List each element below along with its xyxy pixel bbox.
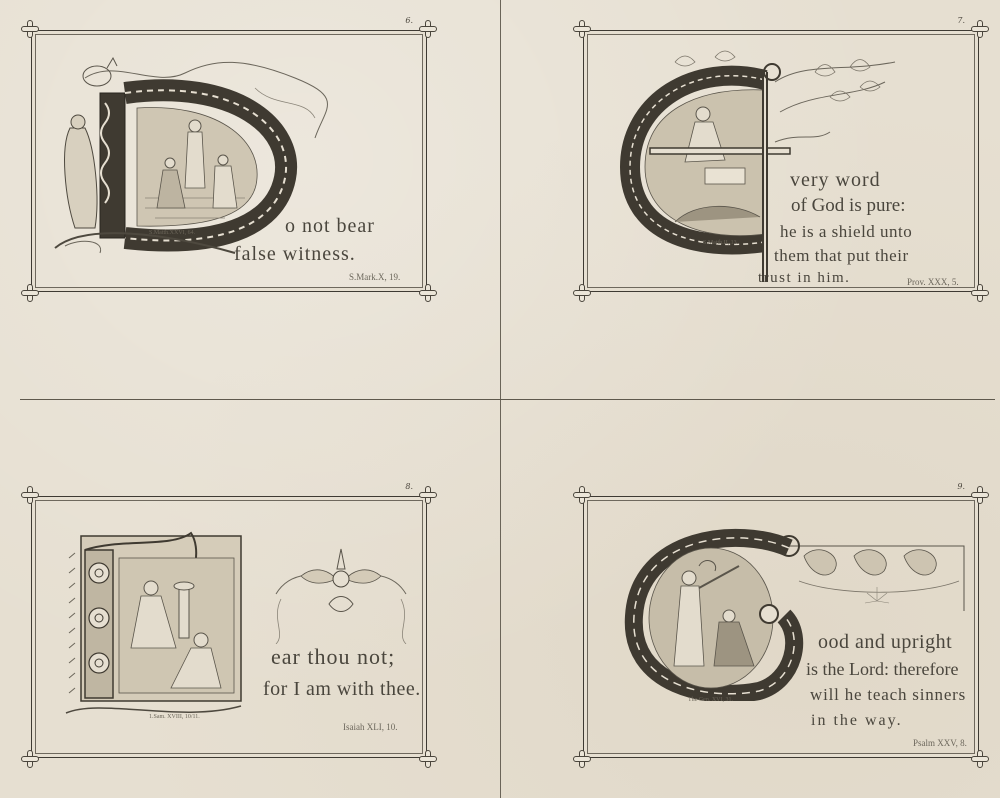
verse-line: ood and upright <box>818 632 952 652</box>
verse-text: is the Lord: therefore <box>806 660 958 678</box>
corner-cross-icon <box>573 20 591 38</box>
corner-cross-icon <box>971 750 989 768</box>
plate-number: 9. <box>957 482 965 491</box>
verse-text: for I am with thee. <box>263 679 421 699</box>
verse-card-8: 8. <box>31 496 427 758</box>
corner-cross-icon <box>971 284 989 302</box>
corner-cross-icon <box>573 284 591 302</box>
scripture-reference: Isaiah XLI, 10. <box>343 722 397 732</box>
corner-cross-icon <box>419 750 437 768</box>
verse-line: trust in him. <box>758 271 850 286</box>
corner-cross-icon <box>971 486 989 504</box>
corner-cross-icon <box>21 750 39 768</box>
plate-number: 7. <box>957 16 965 25</box>
verse-text: trust in him. <box>758 271 850 286</box>
verse-line: them that put their <box>774 247 909 264</box>
corner-cross-icon <box>573 750 591 768</box>
illustration-caption: The Gen. XVI, 31. <box>688 697 733 703</box>
illuminated-f-icon <box>61 528 251 728</box>
scripture-reference: Prov. XXX, 5. <box>907 277 959 287</box>
scripture-reference: Psalm XXV, 8. <box>913 738 967 748</box>
verse-line: of God is pure: <box>791 196 906 215</box>
verse-text: ear thou not; <box>271 646 395 668</box>
cherub-ornament <box>271 534 411 644</box>
verse-line: in the way. <box>811 713 903 729</box>
verse-line: o not bear <box>285 216 375 236</box>
verse-text: he is a shield unto <box>780 223 912 240</box>
horizontal-cut-line <box>20 399 995 400</box>
corner-cross-icon <box>21 284 39 302</box>
verse-text: very word <box>790 170 881 190</box>
illustration-caption: S.Matth.II, 13. <box>703 240 738 246</box>
verse-card-9: 9. <box>583 496 979 758</box>
verse-text: o not bear <box>253 216 375 236</box>
verse-line: ear thou not; <box>271 646 395 668</box>
illustration-caption: 1.Sam. XVIII, 10/11. <box>149 714 200 720</box>
plate-number: 6. <box>405 16 413 25</box>
verse-card-7: 7. <box>583 30 979 292</box>
corner-cross-icon <box>971 20 989 38</box>
verse-card-6: 6. <box>31 30 427 292</box>
verse-line: false witness. <box>234 244 356 264</box>
illustration-caption: S.Matth.XXVI, 64. <box>149 230 195 236</box>
verse-text: will he teach sinners <box>810 686 966 703</box>
scripture-reference: S.Mark.X, 19. <box>349 272 400 282</box>
verse-line: he is a shield unto <box>780 223 912 240</box>
plate-number: 8. <box>405 482 413 491</box>
verse-line: for I am with thee. <box>263 679 421 699</box>
corner-cross-icon <box>419 486 437 504</box>
verse-line: is the Lord: therefore <box>806 660 958 678</box>
corner-cross-icon <box>21 486 39 504</box>
verse-text: ood and upright <box>818 632 952 652</box>
illuminated-initial-f <box>61 528 251 728</box>
verse-line: will he teach sinners <box>810 686 966 703</box>
verse-text: of God is pure: <box>791 196 906 215</box>
corner-cross-icon <box>419 20 437 38</box>
verse-line: very word <box>790 170 881 190</box>
winged-cherub-icon <box>271 534 411 644</box>
corner-cross-icon <box>573 486 591 504</box>
verse-text: them that put their <box>774 247 909 264</box>
verse-text: in the way. <box>811 713 903 729</box>
verse-text: false witness. <box>234 244 356 264</box>
corner-cross-icon <box>419 284 437 302</box>
corner-cross-icon <box>21 20 39 38</box>
